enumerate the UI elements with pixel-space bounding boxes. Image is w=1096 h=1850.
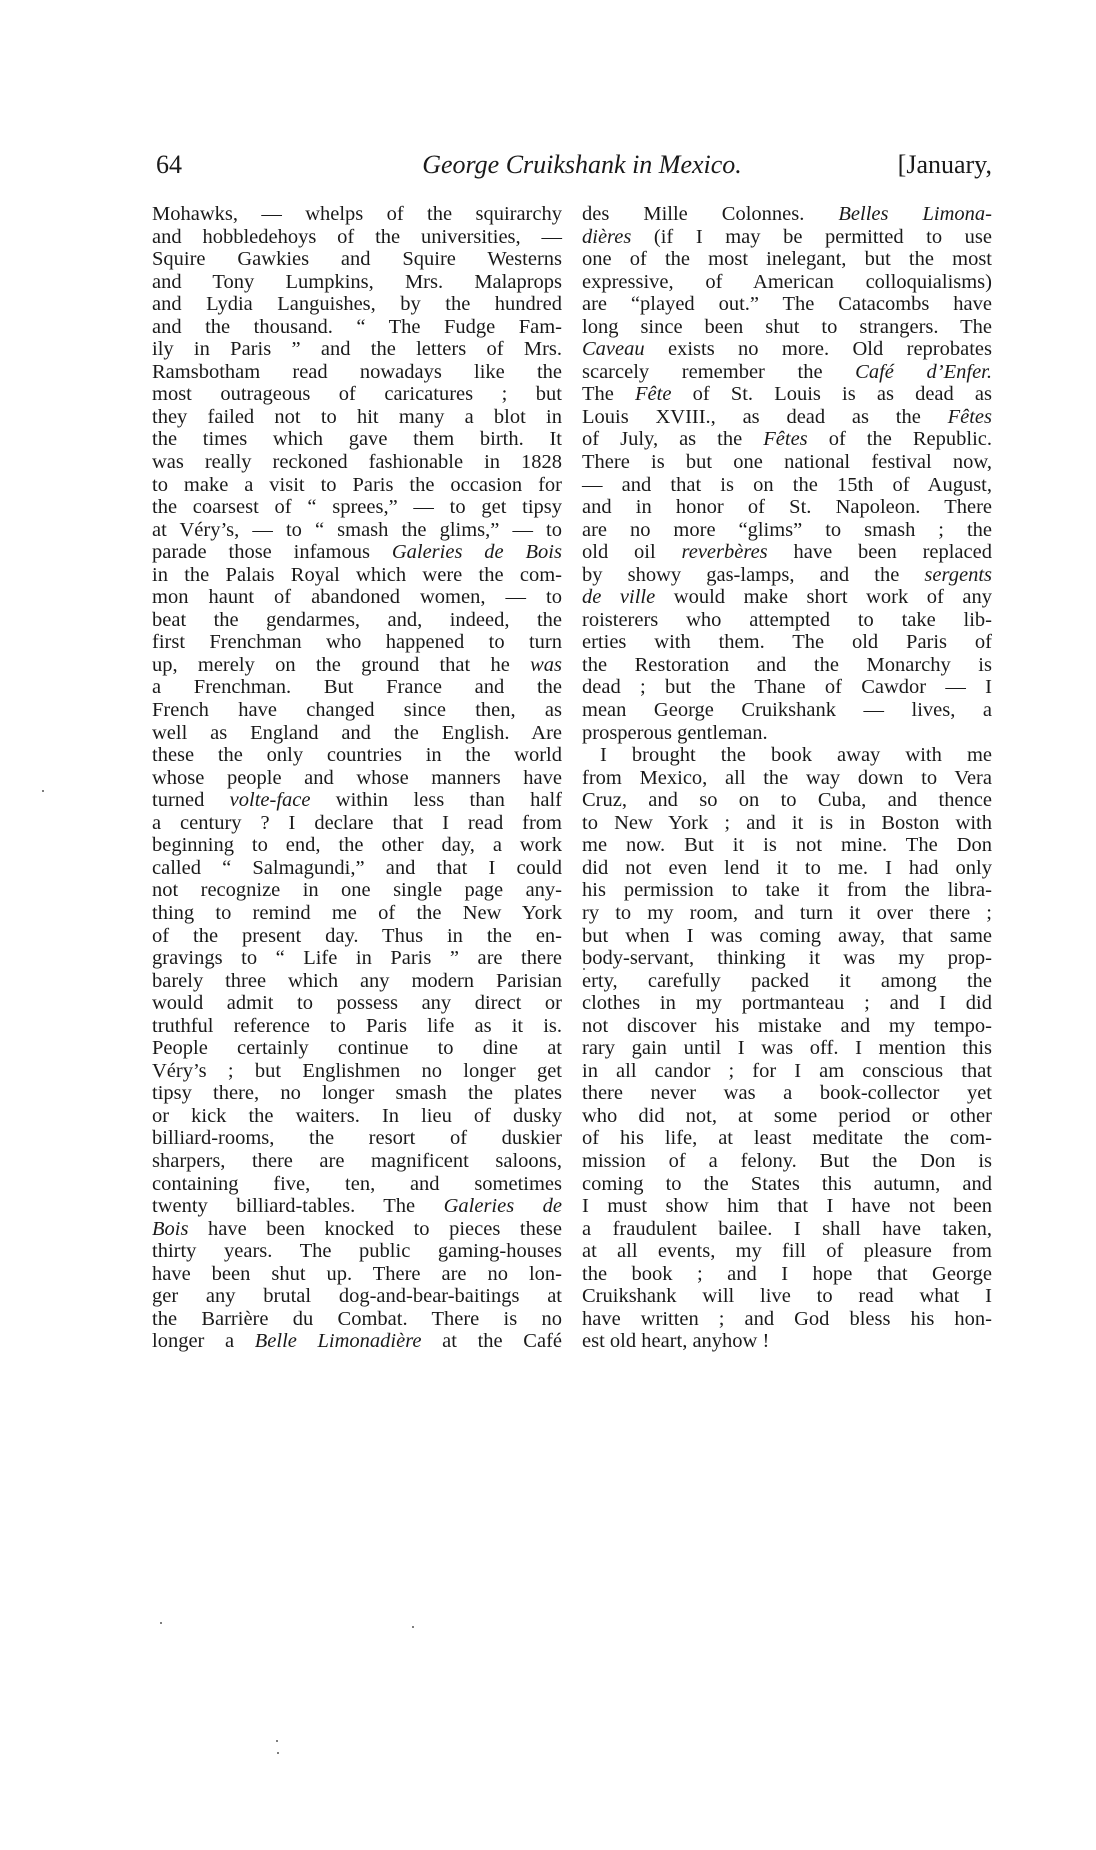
text-line: Cruz, and so on to Cuba, and thence [582, 789, 992, 812]
running-date: [January, [898, 148, 992, 182]
text-line: I brought the book away with me [582, 744, 992, 767]
text-line: they failed not to hit many a blot in [152, 406, 562, 429]
text-line: well as England and the English. Are [152, 722, 562, 745]
text-line: thirty years. The public gaming-houses [152, 1240, 562, 1263]
text-line: of July, as the Fêtes of the Republic. [582, 428, 992, 451]
text-line: the coarsest of “ sprees,” — to get tips… [152, 496, 562, 519]
scan-speck [277, 1752, 279, 1754]
text-line: have been shut up. There are no lon- [152, 1263, 562, 1286]
book-page: 64 George Cruikshank in Mexico. [January… [0, 0, 1096, 1850]
text-line: the book ; and I hope that George [582, 1263, 992, 1286]
text-line: or kick the waiters. In lieu of dusky [152, 1105, 562, 1128]
text-line: not recognize in one single page any- [152, 879, 562, 902]
text-line: prosperous gentleman. [582, 722, 992, 745]
text-line: are “played out.” The Catacombs have [582, 293, 992, 316]
text-line: body-servant, thinking it was my prop- [582, 947, 992, 970]
text-line: mon haunt of abandoned women, — to [152, 586, 562, 609]
text-line: a fraudulent bailee. I shall have taken, [582, 1218, 992, 1241]
text-line: beat the gendarmes, and, indeed, the [152, 609, 562, 632]
italic-phrase: Fêtes [948, 406, 992, 428]
text-line: Ramsbotham read nowadays like the [152, 361, 562, 384]
text-line: gravings to “ Life in Paris ” are there [152, 947, 562, 970]
text-line: called “ Salmagundi,” and that I could [152, 857, 562, 880]
text-line: Louis XVIII., as dead as the Fêtes [582, 406, 992, 429]
text-line: erty, carefully packed it among the [582, 970, 992, 993]
italic-phrase: Belle Limonadière [255, 1330, 422, 1352]
text-line: there never was a book-collector yet [582, 1082, 992, 1105]
italic-phrase: volte-face [230, 789, 311, 811]
text-line: the Barrière du Combat. There is no [152, 1308, 562, 1331]
text-line: — and that is on the 15th of August, [582, 474, 992, 497]
text-line: in the Palais Royal which were the com- [152, 564, 562, 587]
text-line: up, merely on the ground that he was [152, 654, 562, 677]
text-line: truthful reference to Paris life as it i… [152, 1015, 562, 1038]
text-line: not discover his mistake and my tempo- [582, 1015, 992, 1038]
italic-phrase: sergents [924, 564, 992, 586]
text-line: and Tony Lumpkins, Mrs. Malaprops [152, 271, 562, 294]
text-line: whose people and whose manners have [152, 767, 562, 790]
text-line: Bois have been knocked to pieces these [152, 1218, 562, 1241]
text-line: Véry’s ; but Englishmen no longer get [152, 1060, 562, 1083]
text-line: mean George Cruikshank — lives, a [582, 699, 992, 722]
running-head: 64 George Cruikshank in Mexico. [January… [152, 148, 992, 182]
text-line: thing to remind me of the New York [152, 902, 562, 925]
scan-speck [42, 790, 44, 792]
italic-phrase: Belles Limona- [838, 203, 992, 225]
text-line: parade those infamous Galeries de Bois [152, 541, 562, 564]
text-line: Mohawks, — whelps of the squirarchy [152, 203, 562, 226]
text-line: at Véry’s, — to “ smash the glims,” — to [152, 519, 562, 542]
text-line: mission of a felony. But the Don is [582, 1150, 992, 1173]
text-line: the Restoration and the Monarchy is [582, 654, 992, 677]
text-line: I must show him that I have not been [582, 1195, 992, 1218]
text-line: dières (if I may be permitted to use [582, 226, 992, 249]
scan-speck [412, 1626, 414, 1628]
text-line: erties with them. The old Paris of [582, 631, 992, 654]
text-line: one of the most inelegant, but the most [582, 248, 992, 271]
text-line: The Fête of St. Louis is as dead as [582, 383, 992, 406]
italic-phrase: dières [582, 226, 631, 248]
text-line: ger any brutal dog-and-bear-baitings at [152, 1285, 562, 1308]
text-line: of the present day. Thus in the en- [152, 925, 562, 948]
text-line: People certainly continue to dine at [152, 1037, 562, 1060]
scan-speck [276, 1740, 278, 1742]
text-line: and Lydia Languishes, by the hundred [152, 293, 562, 316]
text-line: Caveau exists no more. Old reprobates [582, 338, 992, 361]
text-line: from Mexico, all the way down to Vera [582, 767, 992, 790]
text-line: beginning to end, the other day, a work [152, 834, 562, 857]
text-line: est old heart, anyhow ! [582, 1330, 992, 1353]
text-line: me now. But it is not mine. The Don [582, 834, 992, 857]
text-line: sharpers, there are magnificent saloons, [152, 1150, 562, 1173]
text-line: who did not, at some period or other [582, 1105, 992, 1128]
italic-phrase: reverbères [682, 541, 768, 563]
italic-phrase: Caveau [582, 338, 645, 360]
text-line: old oil reverbères have been replaced [582, 541, 992, 564]
text-line: and in honor of St. Napoleon. There [582, 496, 992, 519]
text-line: billiard-rooms, the resort of duskier [152, 1127, 562, 1150]
italic-phrase: Galeries de Bois [392, 541, 562, 563]
text-line: de ville would make short work of any [582, 586, 992, 609]
italic-phrase: Bois [152, 1218, 188, 1240]
running-title: George Cruikshank in Mexico. [152, 148, 992, 182]
left-column: Mohawks, — whelps of the squirarchyand h… [152, 203, 562, 1353]
text-line: containing five, ten, and sometimes [152, 1173, 562, 1196]
text-line: dead ; but the Thane of Cawdor — I [582, 676, 992, 699]
text-line: Squire Gawkies and Squire Westerns [152, 248, 562, 271]
text-line: and hobbledehoys of the universities, — [152, 226, 562, 249]
text-line: these the only countries in the world [152, 744, 562, 767]
text-line: at all events, my fill of pleasure from [582, 1240, 992, 1263]
text-line: was really reckoned fashionable in 1828 [152, 451, 562, 474]
italic-phrase: Café d’Enfer. [855, 361, 992, 383]
italic-phrase: was [530, 654, 562, 676]
text-line: turned volte-face within less than half [152, 789, 562, 812]
text-line: scarcely remember the Café d’Enfer. [582, 361, 992, 384]
text-line: to make a visit to Paris the occasion fo… [152, 474, 562, 497]
text-line: his permission to take it from the libra… [582, 879, 992, 902]
text-line: roisterers who attempted to take lib- [582, 609, 992, 632]
text-line: longer a Belle Limonadière at the Café [152, 1330, 562, 1353]
text-line: rary gain until I was off. I mention thi… [582, 1037, 992, 1060]
italic-phrase: Fêtes [763, 428, 807, 450]
text-line: in all candor ; for I am conscious that [582, 1060, 992, 1083]
text-line: first Frenchman who happened to turn [152, 631, 562, 654]
text-line: a century ? I declare that I read from [152, 812, 562, 835]
italic-phrase: Fête [635, 383, 671, 405]
text-line: a Frenchman. But France and the [152, 676, 562, 699]
scan-speck [583, 968, 585, 970]
text-line: the times which gave them birth. It [152, 428, 562, 451]
scan-speck [160, 1622, 162, 1624]
text-line: long since been shut to strangers. The [582, 316, 992, 339]
text-line: would admit to possess any direct or [152, 992, 562, 1015]
italic-phrase: de ville [582, 586, 655, 608]
text-line: There is but one national festival now, [582, 451, 992, 474]
text-line: to New York ; and it is in Boston with [582, 812, 992, 835]
text-line: ily in Paris ” and the letters of Mrs. [152, 338, 562, 361]
text-line: expressive, of American colloquialisms) [582, 271, 992, 294]
text-line: French have changed since then, as [152, 699, 562, 722]
text-line: of his life, at least meditate the com- [582, 1127, 992, 1150]
text-line: tipsy there, no longer smash the plates [152, 1082, 562, 1105]
right-column: des Mille Colonnes. Belles Limona-dières… [582, 203, 992, 1353]
text-line: did not even lend it to me. I had only [582, 857, 992, 880]
text-line: coming to the States this autumn, and [582, 1173, 992, 1196]
text-line: ry to my room, and turn it over there ; [582, 902, 992, 925]
text-line: clothes in my portmanteau ; and I did [582, 992, 992, 1015]
text-line: twenty billiard-tables. The Galeries de [152, 1195, 562, 1218]
text-line: have written ; and God bless his hon- [582, 1308, 992, 1331]
text-line: most outrageous of caricatures ; but [152, 383, 562, 406]
text-line: des Mille Colonnes. Belles Limona- [582, 203, 992, 226]
text-line: are no more “glims” to smash ; the [582, 519, 992, 542]
text-line: but when I was coming away, that same [582, 925, 992, 948]
text-line: barely three which any modern Parisian [152, 970, 562, 993]
text-line: Cruikshank will live to read what I [582, 1285, 992, 1308]
italic-phrase: Galeries de [444, 1195, 562, 1217]
text-line: by showy gas-lamps, and the sergents [582, 564, 992, 587]
text-line: and the thousand. “ The Fudge Fam- [152, 316, 562, 339]
